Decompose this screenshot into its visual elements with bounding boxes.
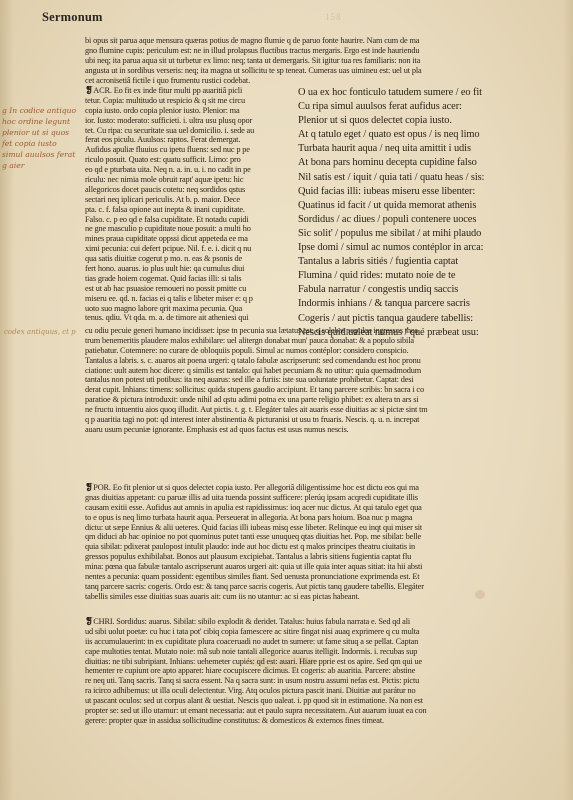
- text-line: gressos populus exhibilabat. Bonos aut p…: [85, 552, 545, 562]
- text-line: pta. c. f. falsa opione aut inepta & ina…: [85, 205, 297, 215]
- verse-line: Ipse domi / simul ac numos contéplor in …: [298, 241, 548, 255]
- pilcrow-icon: ❡: [85, 483, 93, 493]
- text-line: Aufidus apuliæ fluuius cu ipetu fluens: …: [85, 145, 297, 155]
- marginal-note-line: simul auulsos ferat: [2, 149, 82, 160]
- text-line: riculu: nec nimia mole obruit rapt' aquæ…: [85, 175, 297, 185]
- text-line: mina: pœna qua fabulæ tantalo ascripseru…: [85, 562, 545, 572]
- verse-line: At q tatulo eget / quato est opus / is n…: [298, 128, 548, 142]
- running-head: Sermonum: [42, 10, 103, 25]
- text-line: causam exitii esse. Aufidus aut amnis in…: [85, 503, 545, 513]
- verse-line: Flumina / quid rides: mutato noie de te: [298, 269, 548, 283]
- text-line: tanq parcere sacris: cogeris. Ordo est: …: [85, 582, 545, 592]
- page-edge: [563, 0, 573, 800]
- text-line: fert hono. auarus. io plus uult hie: qa …: [85, 264, 297, 274]
- text-line: mines praua cupiditate oppssi dicut appe…: [85, 234, 297, 244]
- text-line: ❡POR. Eo fit plenior ut si quos delectet…: [85, 483, 545, 493]
- verse-line: At bona pars hominu decepta cupidine fal…: [298, 156, 548, 170]
- text-line: tet. Cu ripa: cu securitate sua uel domi…: [85, 126, 297, 136]
- text-line: iis accumulauerint: tn ex cupiditate plu…: [85, 637, 545, 647]
- text-line: riculo posuit. Quato est: quatu sufficit…: [85, 155, 297, 165]
- verse-line: Fabula narratur / congestis undiq saccis: [298, 283, 548, 297]
- text-line: gerere: propter quæ in assidua sollicitu…: [85, 716, 545, 726]
- marginal-note-line: fet copia iusto: [2, 138, 82, 149]
- text-line: cu odiu pecuie generi humano incidisset:…: [85, 326, 545, 336]
- text-line: ubi neq; ita parua aqua sit ut turbetur …: [85, 56, 545, 66]
- verse-line: Quatinus id facit / ut quida memorat ath…: [298, 199, 548, 213]
- text-line: tantalus non potest uti potibus: ita neq…: [85, 375, 545, 385]
- text-line: tabellis similes esse diuitias suas auar…: [85, 592, 545, 602]
- handwritten-marginalia: g In codice antiquo hoc ordine legunt pl…: [2, 105, 82, 171]
- text-line: qm diduci ab hac opinioe no pot quominus…: [85, 532, 545, 542]
- commentary-lower-block: cu odiu pecuie generi humano incidisset:…: [85, 326, 545, 435]
- text-line: ior. Iusto: moderato: sufficieti. i. ult…: [85, 116, 297, 126]
- pilcrow-icon: ❡: [85, 617, 93, 627]
- text-line: propter se: sed ut illo utamur: ut emant…: [85, 706, 545, 716]
- verse-line: Tantalus a labris sitiés / fugientia cap…: [298, 255, 548, 269]
- verse-line: Cogeris / aut pictis tanqua gaudere tabe…: [298, 312, 548, 326]
- commentary-por-block: ❡POR. Eo fit plenior ut si quos delectet…: [85, 483, 545, 602]
- text-line: tenus. qdiu. Vt qda. m. a. de timore ait…: [85, 313, 297, 323]
- text-line: Tantalus a labris. s. c. auaros ait poen…: [85, 356, 545, 366]
- verse-line: Indormis inhians / & tanqua parcere sacr…: [298, 297, 548, 311]
- verse-line: Cu ripa simul auulsos ferat aufidus acer…: [298, 100, 548, 114]
- text-line: ud sibi uolut poetæ: cu huc i tata pot' …: [85, 627, 545, 637]
- text-line: cet acronisetiâ fictile i quo frumentu r…: [85, 76, 545, 86]
- verse-line: O ua ex hoc fonticulo tatudem sumere / e…: [298, 86, 548, 100]
- folio-number: 158: [325, 12, 342, 22]
- pilcrow-icon: ❡: [85, 86, 93, 96]
- text-line: ❡CHRI. Sordidus: auarus. Sibilat: sibilo…: [85, 617, 545, 627]
- text-line: qua satis diuitiæ cogerut p mo. n. eas &…: [85, 254, 297, 264]
- text-line: patiebatur. Cotemnere: no curare de oblo…: [85, 346, 545, 356]
- text-line: uoto suo magno labore qrit maxima pecuni…: [85, 304, 297, 314]
- text-line: hementer re cupiunt ore apto apparet: hi…: [85, 666, 545, 676]
- commentary-top-block: bi opus sit parua aque mensura quæras po…: [85, 36, 545, 85]
- book-page: Sermonum 158 g In codice antiquo hoc ord…: [0, 0, 573, 800]
- text-line: ferat eos piculu. Auulsos: raptos. Ferat…: [85, 135, 297, 145]
- text-line: diuitias: ne tibi subripiant. Inhians: u…: [85, 657, 545, 667]
- text-line: re neq uti. Tanq sacris. Tanq si sacra e…: [85, 676, 545, 686]
- text-line: est ut ab hac psuasioe remoueri no possi…: [85, 284, 297, 294]
- text-line: tias grade hoiem cogemat. Quid facias il…: [85, 274, 297, 284]
- text-line: dictu: ut sæpe Ennius & alii ueteres. Qu…: [85, 523, 545, 533]
- text-line: gno flumine cupis: periculum est: ne in …: [85, 46, 545, 56]
- text-line: cape multoties tentat. Mutato noie: mâ s…: [85, 647, 545, 657]
- text-line: allegoricos docet paucis cotetu: neq sor…: [85, 185, 297, 195]
- text-line: ciatione: uult autem hoc dicere: q simil…: [85, 366, 545, 376]
- marginal-note-line: g aier: [2, 160, 82, 171]
- text-line: tetur. Copia: multitudo ut respicio & q …: [85, 96, 297, 106]
- verse-line: Turbata haurit aqua / neq uita amittit i…: [298, 142, 548, 156]
- text-line: miseru ee. qd. n. facias ei q talis e li…: [85, 294, 297, 304]
- marginal-note-line: plenior ut si quos: [2, 127, 82, 138]
- text-line: ra icirco adhibemus: ut illa oculi delec…: [85, 686, 545, 696]
- text-line: derat cupit. Inhians: timens: sollicitus…: [85, 385, 545, 395]
- text-line: copia iusto. ordo copia plenior iusto. P…: [85, 106, 297, 116]
- text-line: trum benemeritis plaudere malos exhibila…: [85, 336, 545, 346]
- text-line: nentes a pecunia: quam possident: egenti…: [85, 572, 545, 582]
- commentary-chri-block: ❡CHRI. Sordidus: auarus. Sibilat: sibilo…: [85, 617, 545, 726]
- text-line: to e opus is neq limo turbata haurit aqu…: [85, 513, 545, 523]
- verse-line: Nil satis est / iquit / quia tati / quat…: [298, 171, 548, 185]
- text-line: ne gne masculio p cupiditate noue posuit…: [85, 224, 297, 234]
- commentary-left-column: ❡ACR. Eo fit ex inde fitur multi pp auar…: [85, 86, 297, 323]
- verse-line: Plenior ut si quos delectet copia iusto.: [298, 114, 548, 128]
- text-line: angusta ut in sordibus verseris: neq; it…: [85, 66, 545, 76]
- text-line: gnas diuitias appetant: cu paruæ illis a…: [85, 493, 545, 503]
- verse-line: Sordidus / ac diues / populi contenere u…: [298, 213, 548, 227]
- verse-line: Sic solit' / populus me sibilat / at mih…: [298, 227, 548, 241]
- text-line: eo qd e pturbata uita. Neq n. a. in. u. …: [85, 165, 297, 175]
- handwritten-marginalia-lower: codex antiquus, ct p: [4, 328, 76, 336]
- text-line: q p auaritia tagi no pot: qd interest in…: [85, 415, 545, 425]
- text-line: sectari neq iplicari periculis. At b. p.…: [85, 195, 297, 205]
- text-line: Falso. c. p eo qd e falsa cupiditate. Et…: [85, 215, 297, 225]
- text-line: quia sibilat: pdixerat paulopost intulit…: [85, 542, 545, 552]
- text-line: ximi pecunia: cui defert pcipue. Nil. f.…: [85, 244, 297, 254]
- text-line: ne fructu intuentiu aios quoq illudit. A…: [85, 405, 545, 415]
- marginal-note-line: g In codice antiquo: [2, 105, 82, 116]
- text-line: ut pascant oculos: sed ut corpus alant &…: [85, 696, 545, 706]
- verse-column: O ua ex hoc fonticulo tatudem sumere / e…: [298, 86, 548, 340]
- verse-line: Quid facias illi: iubeas miseru esse lib…: [298, 185, 548, 199]
- text-line: auaru usum pecuniæ ignorante. Emphasis e…: [85, 425, 545, 435]
- text-line: bi opus sit parua aque mensura quæras po…: [85, 36, 545, 46]
- text-line: paratioe & pictura introduxit: unde nihi…: [85, 395, 545, 405]
- text-line: ❡ACR. Eo fit ex inde fitur multi pp auar…: [85, 86, 297, 96]
- marginal-note-line: hoc ordine legunt: [2, 116, 82, 127]
